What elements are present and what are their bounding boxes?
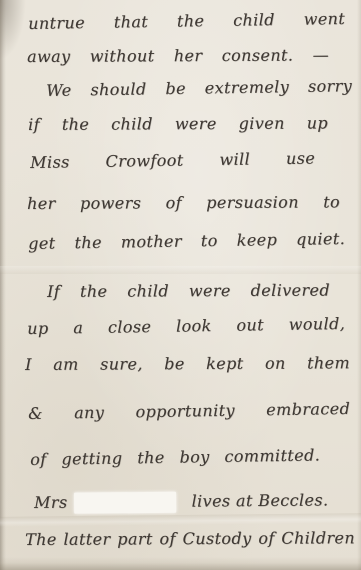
handwritten-line: get the mother to keep quiet. (28, 227, 345, 256)
redaction-box (74, 491, 176, 513)
handwritten-line: of getting the boy committed. (30, 443, 320, 472)
handwritten-line: I am sure, be kept on them (25, 351, 350, 377)
letter-page: untrue that the child went away without … (0, 0, 361, 570)
paper-crease (0, 266, 361, 274)
handwritten-line: & any opportunity embraced (28, 397, 350, 426)
handwritten-line: away without her consent. — (27, 43, 329, 69)
handwritten-phrase-lives-at-beccles: lives at Beccles. (191, 488, 328, 513)
paper-crease (0, 513, 361, 527)
handwritten-line: We should be extremely sorry (46, 74, 352, 103)
handwritten-line: untrue that the child went (28, 7, 345, 36)
scan-left-edge-shadow (0, 0, 6, 570)
handwritten-line: If the child were delivered (47, 279, 330, 304)
handwritten-line: The latter part of Custody of Children (25, 526, 355, 552)
handwritten-word-mrs: Mrs (34, 491, 68, 515)
scan-right-edge-shadow (357, 0, 361, 570)
handwritten-line: her powers of persuasion to (27, 190, 340, 216)
handwritten-line: Miss Crowfoot will use (30, 147, 315, 175)
scan-corner-shadow (0, 0, 26, 60)
redacted-name-line: Mrs lives at Beccles. (34, 488, 329, 515)
handwritten-line: up a close look out would, (27, 312, 345, 341)
handwritten-line: if the child were given up (28, 111, 328, 137)
paper-bottom-fold-shadow (0, 557, 361, 570)
